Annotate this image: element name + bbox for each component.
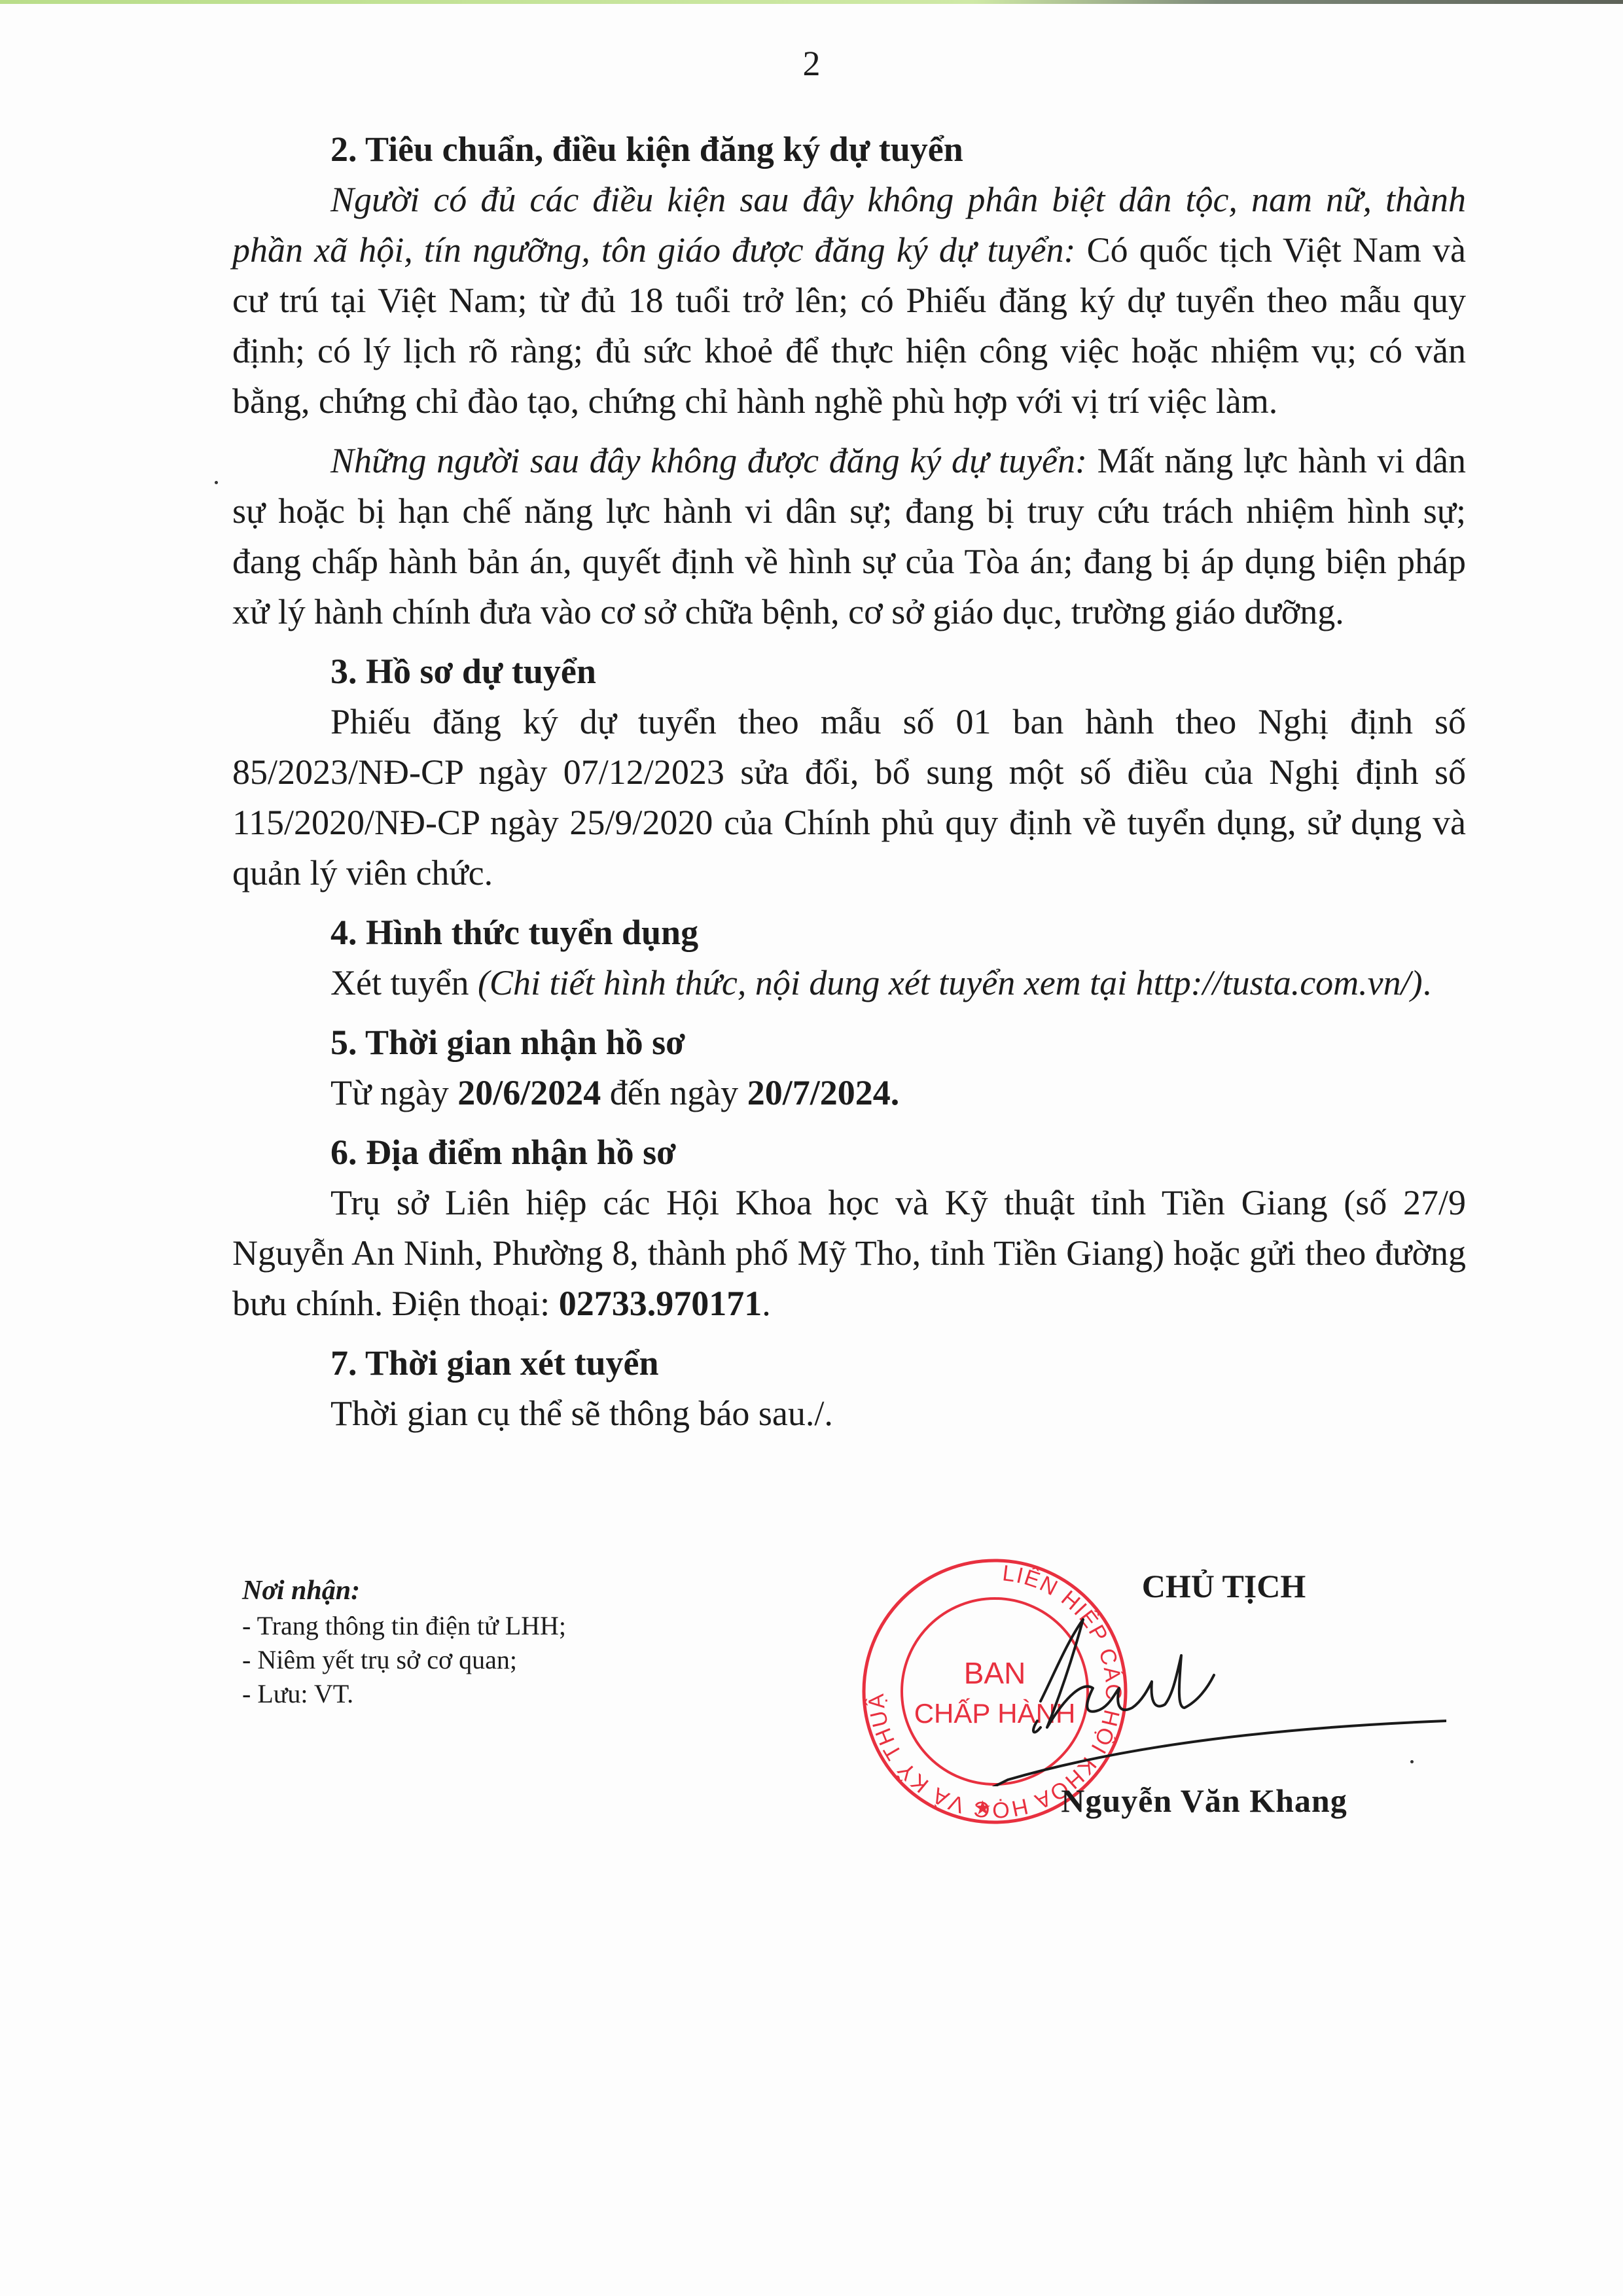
to-date: 20/7/2024. bbox=[747, 1073, 900, 1112]
paragraph-recruitment-form: Xét tuyển (Chi tiết hình thức, nội dung … bbox=[232, 958, 1466, 1008]
section-heading-7: 7. Thời gian xét tuyển bbox=[232, 1338, 1466, 1388]
paragraph-ineligible: Những người sau đây không được đăng ký d… bbox=[232, 436, 1466, 637]
scan-speck bbox=[215, 481, 218, 484]
stamp-star-icon: ★ bbox=[974, 1797, 991, 1820]
scan-edge-strip bbox=[0, 0, 1623, 4]
section-heading-3: 3. Hồ sơ dự tuyển bbox=[232, 646, 1466, 697]
recipient-item: - Lưu: VT. bbox=[242, 1677, 566, 1711]
from-label: Từ ngày bbox=[330, 1073, 457, 1112]
to-label: đến ngày bbox=[601, 1073, 747, 1112]
paragraph-review-time: Thời gian cụ thể sẽ thông báo sau./. bbox=[232, 1388, 1466, 1439]
scan-speck bbox=[1410, 1760, 1414, 1763]
page-number: 2 bbox=[0, 43, 1623, 84]
section-heading-4: 4. Hình thức tuyển dụng bbox=[232, 908, 1466, 958]
handwritten-signature-icon bbox=[969, 1616, 1446, 1786]
punctuation: . bbox=[1423, 963, 1432, 1002]
signer-name: Nguyễn Văn Khang bbox=[1008, 1782, 1400, 1820]
from-date: 20/6/2024 bbox=[457, 1073, 601, 1112]
recipients-title: Nơi nhận: bbox=[242, 1574, 566, 1608]
italic-lead: Những người sau đây không được đăng ký d… bbox=[330, 441, 1087, 480]
recipient-item: - Niêm yết trụ sở cơ quan; bbox=[242, 1643, 566, 1677]
document-body: 2. Tiêu chuẩn, điều kiện đăng ký dự tuyể… bbox=[232, 124, 1466, 1448]
recipient-item: - Trang thông tin điện tử LHH; bbox=[242, 1609, 566, 1643]
recipients-block: Nơi nhận: - Trang thông tin điện tử LHH;… bbox=[242, 1574, 566, 1711]
paragraph-submission-period: Từ ngày 20/6/2024 đến ngày 20/7/2024. bbox=[232, 1068, 1466, 1118]
paragraph-application-documents: Phiếu đăng ký dự tuyển theo mẫu số 01 ba… bbox=[232, 697, 1466, 898]
phone-number: 02733.970171 bbox=[559, 1284, 762, 1323]
section-heading-5: 5. Thời gian nhận hồ sơ bbox=[232, 1017, 1466, 1068]
section-heading-2: 2. Tiêu chuẩn, điều kiện đăng ký dự tuyể… bbox=[232, 124, 1466, 175]
paragraph-text: Xét tuyển bbox=[330, 963, 478, 1002]
punctuation: . bbox=[762, 1284, 771, 1323]
paragraph-submission-location: Trụ sở Liên hiệp các Hội Khoa học và Kỹ … bbox=[232, 1178, 1466, 1329]
detail-link-note[interactable]: (Chi tiết hình thức, nội dung xét tuyển … bbox=[478, 963, 1423, 1002]
paragraph-eligible: Người có đủ các điều kiện sau đây không … bbox=[232, 175, 1466, 427]
paragraph-text: Trụ sở Liên hiệp các Hội Khoa học và Kỹ … bbox=[232, 1183, 1466, 1323]
section-heading-6: 6. Địa điểm nhận hồ sơ bbox=[232, 1127, 1466, 1178]
signer-role: CHỦ TỊCH bbox=[1077, 1567, 1371, 1605]
